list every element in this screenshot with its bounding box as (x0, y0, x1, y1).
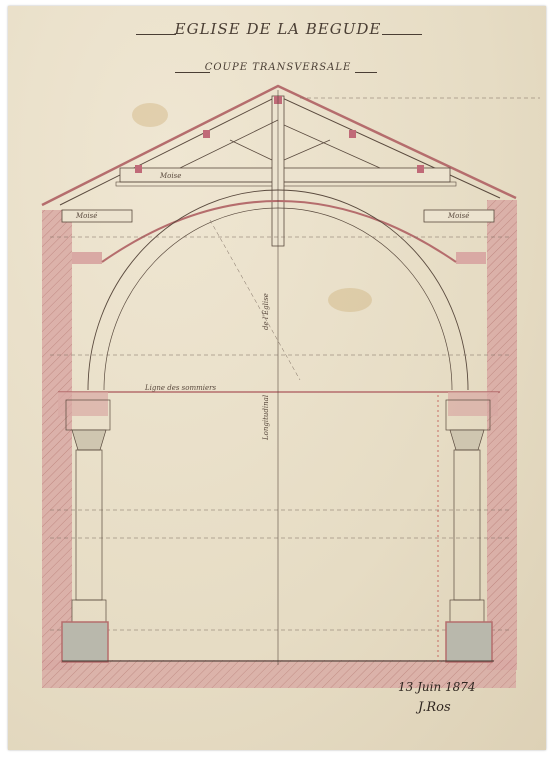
axis-label: Longitudinal (262, 395, 270, 440)
church-axis-label: de l'Eglise (262, 293, 270, 330)
left-wall (42, 210, 72, 670)
wall-plate-left-label: Moisé (76, 212, 97, 220)
right-plinth (446, 622, 492, 662)
left-plinth (62, 622, 108, 662)
left-capital (72, 430, 106, 450)
right-column-shaft (454, 450, 480, 600)
signature: J.Ros (418, 700, 451, 715)
right-capital (450, 430, 484, 450)
drawing-date: 13 Juin 1874 (398, 680, 476, 694)
cross-section-drawing (0, 0, 556, 758)
right-wall (487, 200, 517, 670)
wall-plate-right-label: Moisé (448, 212, 469, 220)
left-column-shaft (76, 450, 102, 600)
springing-line-label: Ligne des sommiers (145, 384, 216, 392)
tie-beam-label: Moise (160, 172, 181, 180)
